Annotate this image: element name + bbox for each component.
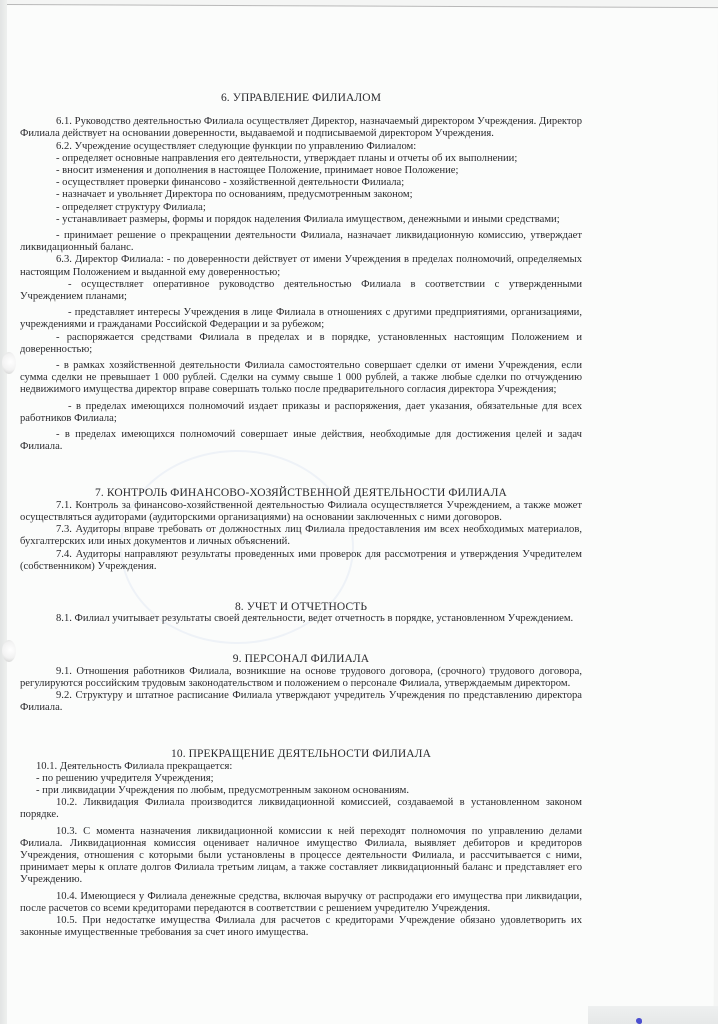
paragraph-8-1: 8.1. Филиал учитывает результаты своей д… [20, 613, 582, 625]
paragraph-6-1: 6.1. Руководство деятельностью Филиала о… [20, 116, 582, 140]
list-item: - осуществляет оперативное руководство д… [20, 279, 582, 303]
section-heading-8: 8. УЧЕТ И ОТЧЕТНОСТЬ [20, 601, 582, 613]
list-item: - в рамках хозяйственной деятельности Фи… [20, 360, 582, 397]
paragraph-7-3: 7.3. Аудиторы вправе требовать от должно… [20, 524, 582, 548]
list-item: - в пределах имеющихся полномочий издает… [20, 401, 582, 425]
list-item: - в пределах имеющихся полномочий соверш… [20, 429, 582, 453]
paragraph-6-3: 6.3. Директор Филиала: - по доверенности… [20, 254, 582, 278]
paragraph-10-3: 10.3. С момента назначения ликвидационно… [20, 826, 582, 887]
list-item: - распоряжается средствами Филиала в пре… [20, 332, 582, 356]
punch-hole [2, 640, 16, 662]
paragraph-9-1: 9.1. Отношения работников Филиала, возни… [20, 666, 582, 690]
list-item: - определяет структуру Филиала; [20, 202, 582, 214]
section-heading-9: 9. ПЕРСОНАЛ ФИЛИАЛА [20, 653, 582, 665]
paragraph-10-2: 10.2. Ликвидация Филиала производится ли… [20, 797, 582, 821]
page-left-edge [0, 0, 7, 1024]
list-item: - осуществляет проверки финансово - хозя… [20, 177, 582, 189]
list-item: - представляет интересы Учреждения в лиц… [20, 307, 582, 331]
section-heading-7: 7. КОНТРОЛЬ ФИНАНСОВО-ХОЗЯЙСТВЕННОЙ ДЕЯТ… [20, 487, 582, 499]
ink-mark [636, 1018, 642, 1024]
list-item: - определяет основные направления его де… [20, 153, 582, 165]
page-corner-shadow [588, 1006, 718, 1024]
document-body: 6. УПРАВЛЕНИЕ ФИЛИАЛОМ 6.1. Руководство … [20, 92, 582, 939]
list-item: - принимает решение о прекращении деятел… [20, 230, 582, 254]
list-item: - устанавливает размеры, формы и порядок… [20, 214, 582, 226]
paragraph-10-4: 10.4. Имеющиеся у Филиала денежные средс… [20, 891, 582, 915]
paragraph-10-5: 10.5. При недостатке имущества Филиала д… [20, 915, 582, 939]
paragraph-7-4: 7.4. Аудиторы направляют результаты пров… [20, 549, 582, 573]
section-heading-6: 6. УПРАВЛЕНИЕ ФИЛИАЛОМ [20, 92, 582, 104]
list-item: - вносит изменения и дополнения в настоя… [20, 165, 582, 177]
list-item: - назначает и увольняет Директора по осн… [20, 189, 582, 201]
punch-hole [2, 352, 16, 374]
paragraph-6-2: 6.2. Учреждение осуществляет следующие ф… [20, 141, 582, 153]
paragraph-10-1: 10.1. Деятельность Филиала прекращается: [20, 761, 582, 773]
list-item: - при ликвидации Учреждения по любым, пр… [20, 785, 582, 797]
paragraph-7-1: 7.1. Контроль за финансово-хозяйственной… [20, 500, 582, 524]
paragraph-9-2: 9.2. Структуру и штатное расписание Фили… [20, 690, 582, 714]
section-heading-10: 10. ПРЕКРАЩЕНИЕ ДЕЯТЕЛЬНОСТИ ФИЛИАЛА [20, 748, 582, 760]
list-item: - по решению учредителя Учреждения; [20, 773, 582, 785]
